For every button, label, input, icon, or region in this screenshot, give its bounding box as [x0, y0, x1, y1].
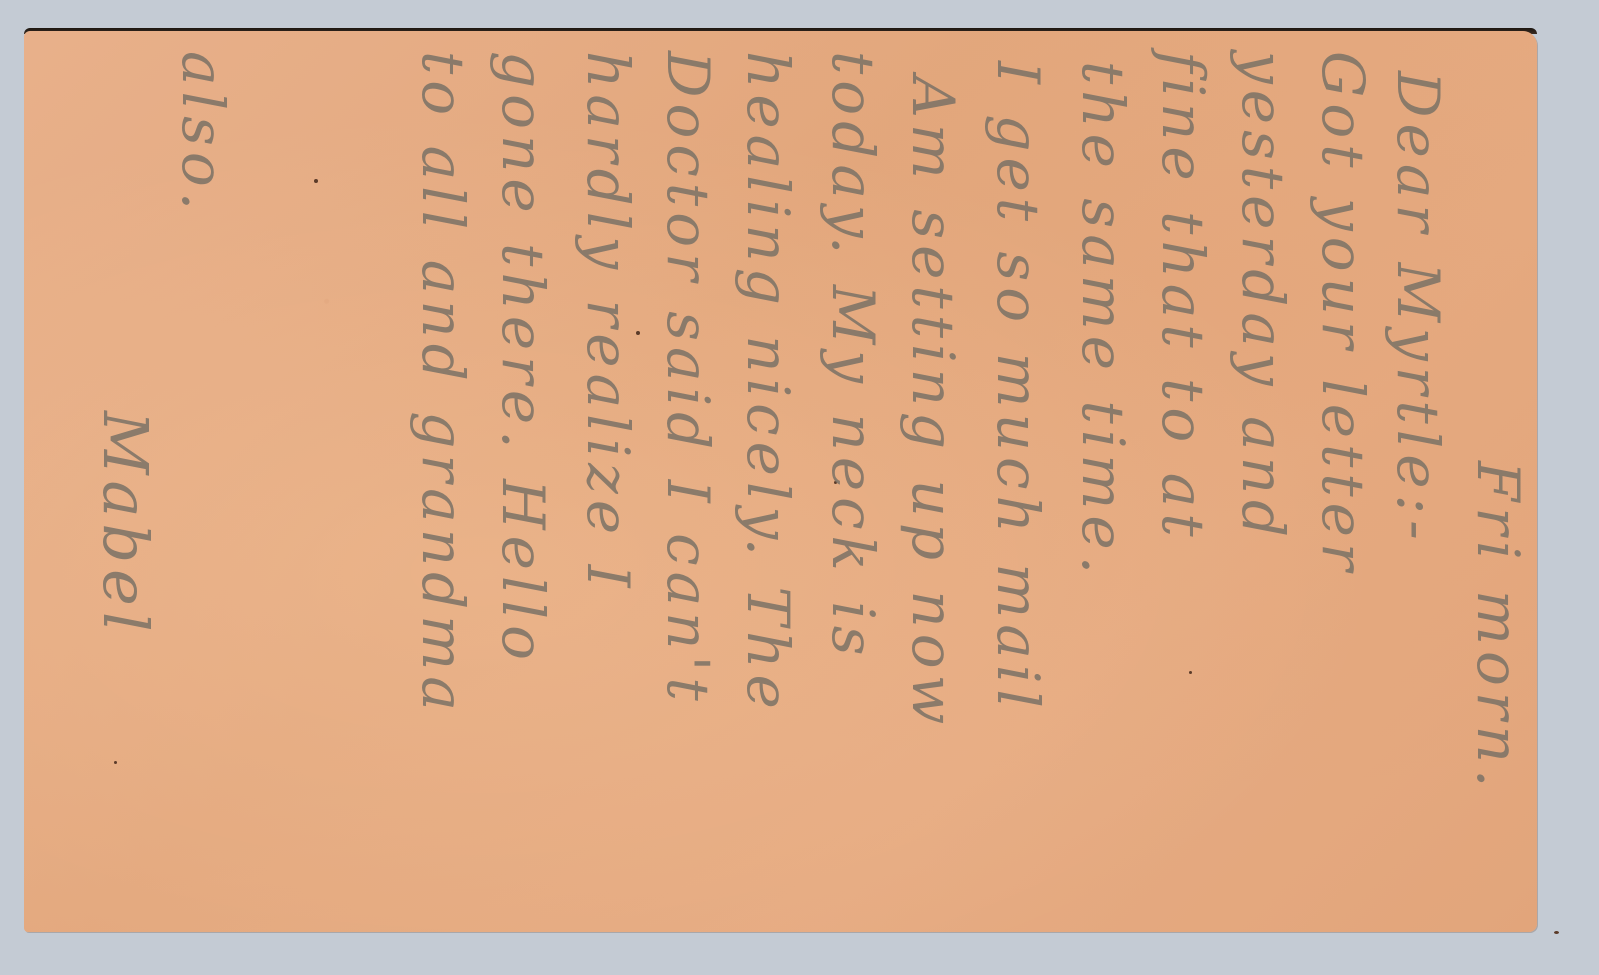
- letter-line: today. My neck is: [824, 51, 882, 662]
- letter-line: to all and grandma: [414, 51, 472, 717]
- postcard: Fri morn. Dear Myrtle:- Got your letter …: [24, 31, 1537, 932]
- letter-line: Am setting up now: [904, 76, 962, 730]
- letter-line-date: Fri morn.: [1469, 461, 1527, 793]
- letter-line: also.: [174, 51, 232, 216]
- letter-line: fine that to at: [1154, 51, 1212, 543]
- letter-line: yesterday and: [1234, 51, 1292, 543]
- paper-speck: [114, 761, 117, 764]
- paper-speck: [1554, 931, 1559, 934]
- letter-line: Got your letter: [1314, 51, 1372, 577]
- letter-line: I get so much mail: [989, 61, 1047, 714]
- letter-line-salutation: Dear Myrtle:-: [1389, 71, 1447, 546]
- letter-line: Doctor said I can't: [659, 51, 717, 707]
- letter-line: gone there. Hello: [494, 51, 552, 666]
- signature: Mabel: [94, 411, 156, 638]
- letter-line: hardly realize I: [579, 51, 637, 594]
- letter-line: the same time.: [1074, 61, 1132, 580]
- letter-line: healing nicely. The: [739, 51, 797, 715]
- paper-speck: [1189, 671, 1192, 674]
- paper-speck: [314, 179, 318, 183]
